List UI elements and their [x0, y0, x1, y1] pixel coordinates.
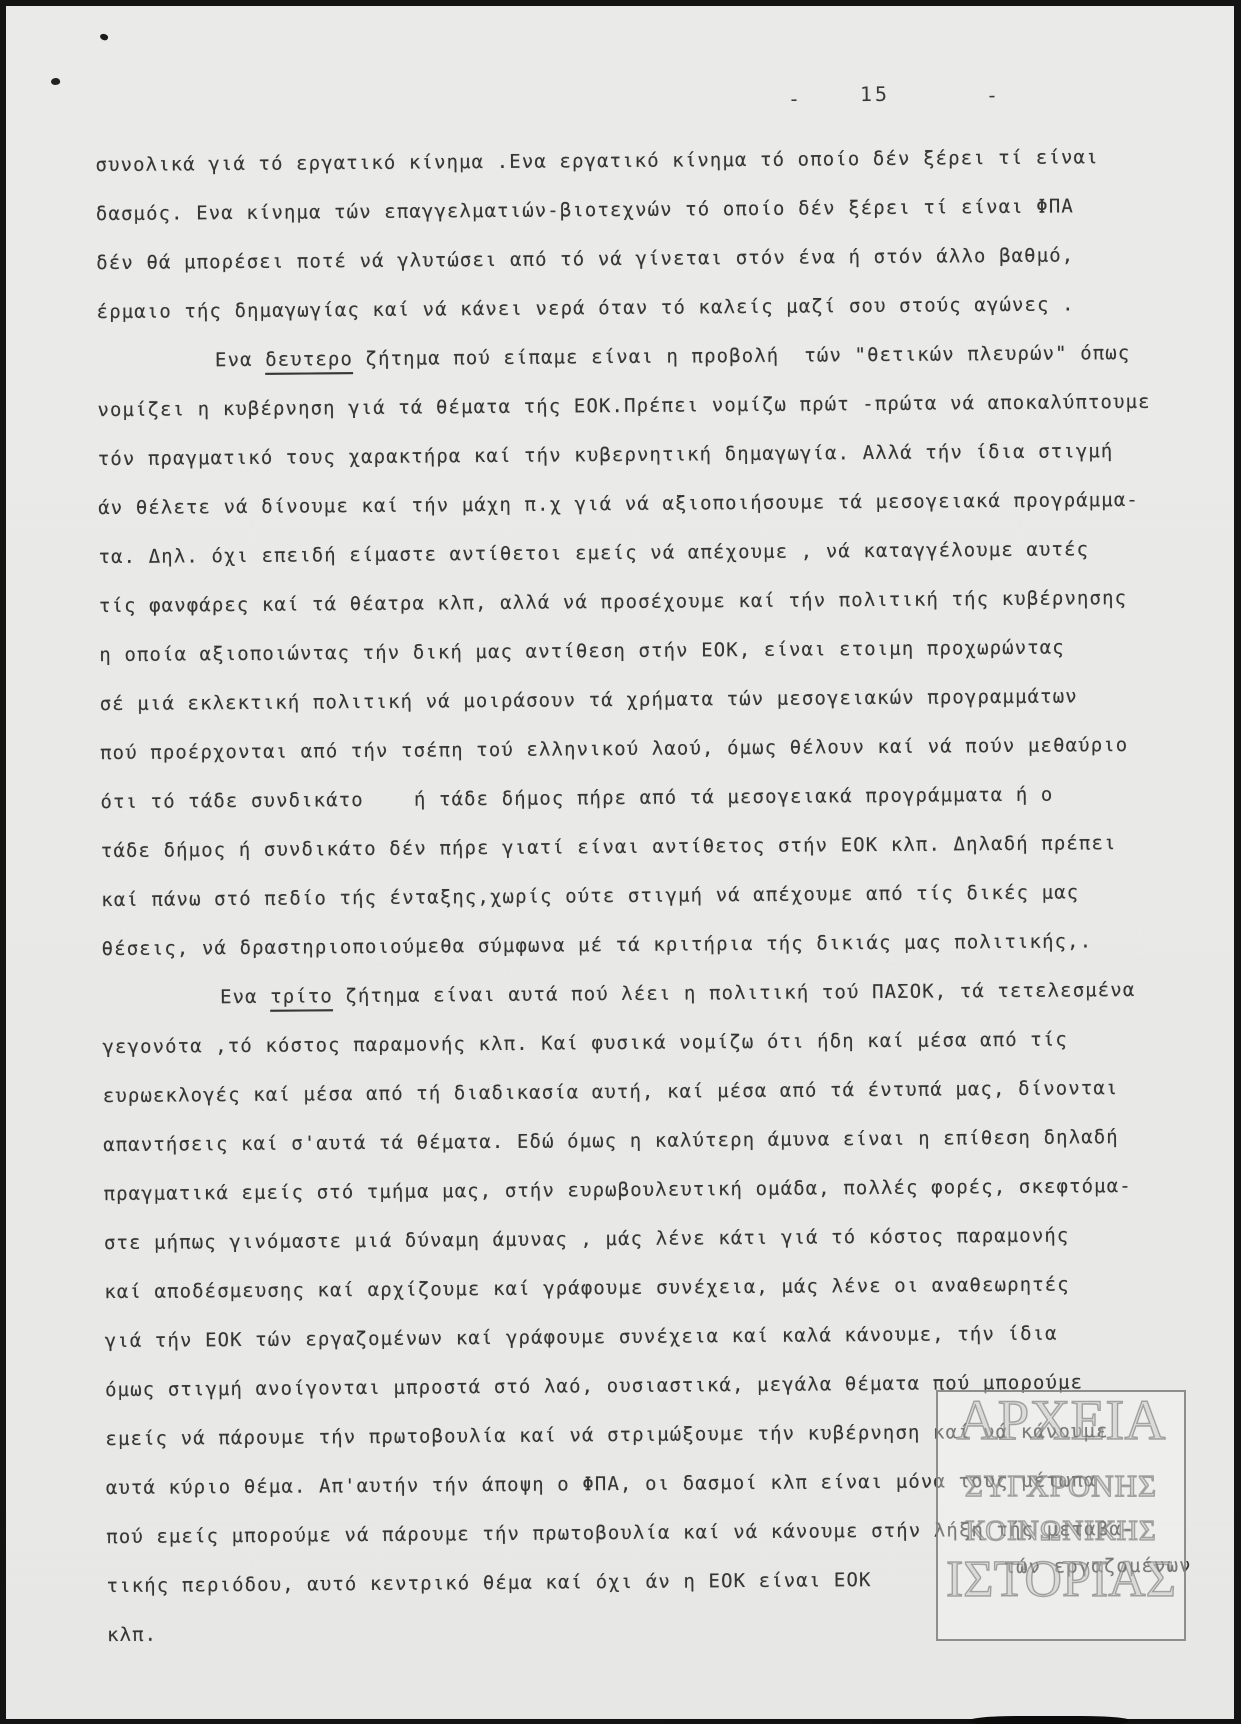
text-line: νομίζει η κυβέρνηση γιά τά θέματα τής ΕΟ…: [97, 391, 1150, 421]
text-segment: Ενα: [220, 986, 270, 1008]
text-line: δέν θά μπορέσει ποτέ νά γλυτώσει από τό …: [96, 244, 1074, 274]
text-line: Ενα τρίτο ζήτημα είναι αυτά πού λέει η π…: [220, 979, 1136, 1008]
text-line: γιά τήν ΕΟΚ τών εργαζομένων καί γράφουμε…: [105, 1323, 1058, 1352]
text-segment: απαντήσεις καί σ'αυτά τά θέματα. Εδώ όμω…: [103, 1126, 1119, 1156]
text-segment: ευρωεκλογές καί μέσα από τή διαδικασία α…: [103, 1077, 1119, 1107]
text-segment: ότι τό τάδε συνδικάτο ή τάδε δήμος πήρε …: [100, 784, 1053, 813]
page-number: 15: [860, 82, 890, 106]
page-number-dash-right: -: [986, 83, 998, 107]
text-segment: Ενα: [215, 349, 265, 371]
text-segment: άν θέλετε νά δίνουμε καί τήν μάχη π.χ γι…: [98, 489, 1139, 519]
watermark-line: ΑΡΧΕΙΑ: [938, 1388, 1184, 1453]
underlined-word: δευτερο: [265, 348, 353, 371]
text-line: Ενα δευτερο ζήτημα πού είπαμε είναι η πρ…: [215, 342, 1131, 371]
text-line: τα. Δηλ. όχι επειδή είμαστε αντίθετοι εμ…: [98, 538, 1089, 568]
text-segment: γιά τήν ΕΟΚ τών εργαζομένων καί γράφουμε…: [105, 1323, 1058, 1352]
text-line: ευρωεκλογές καί μέσα από τή διαδικασία α…: [103, 1077, 1119, 1107]
text-line: θέσεις, νά δραστηριοποιούμεθα σύμφωνα μέ…: [102, 930, 1093, 960]
text-line: καί αποδέσμευσης καί αρχίζουμε καί γράφο…: [104, 1274, 1070, 1304]
text-segment: συνολικά γιά τό εργατικό κίνημα .Ενα εργ…: [95, 146, 1098, 176]
text-segment: η οποία αξιοποιώντας τήν δική μας αντίθε…: [99, 637, 1065, 667]
text-line: απαντήσεις καί σ'αυτά τά θέματα. Εδώ όμω…: [103, 1126, 1119, 1156]
text-segment: τίς φανφάρες καί τά θέατρα κλπ, αλλά νά …: [99, 587, 1127, 617]
watermark-line: ΙΣΤΟΡΙΑΣ: [938, 1550, 1184, 1609]
text-segment: καί πάνω στό πεδίο τής ένταξης,χωρίς ούτ…: [101, 881, 1079, 911]
text-segment: γεγονότα ,τό κόστος παραμονής κλπ. Καί φ…: [102, 1029, 1068, 1059]
text-segment: έρμαιο τής δημαγωγίας καί νά κάνει νερά …: [97, 293, 1075, 323]
text-segment: τόν πραγματικό τους χαρακτήρα καί τήν κυ…: [98, 440, 1114, 470]
text-segment: σέ μιά εκλεκτική πολιτική νά μοιράσουν τ…: [100, 685, 1078, 715]
text-segment: πραγματικά εμείς στό τμήμα μας, στήν ευρ…: [103, 1175, 1131, 1205]
text-line: η οποία αξιοποιώντας τήν δική μας αντίθε…: [99, 637, 1065, 667]
text-line: ότι τό τάδε συνδικάτο ή τάδε δήμος πήρε …: [100, 784, 1053, 813]
text-segment: τα. Δηλ. όχι επειδή είμαστε αντίθετοι εμ…: [98, 538, 1089, 568]
text-line: σέ μιά εκλεκτική πολιτική νά μοιράσουν τ…: [100, 685, 1078, 715]
text-segment: κλπ.: [107, 1624, 157, 1646]
underlined-word: τρίτο: [270, 985, 333, 1007]
text-line: άν θέλετε νά δίνουμε καί τήν μάχη π.χ γι…: [98, 489, 1139, 519]
watermark-line: ΣΥΓΧΡΟΝΗΣ: [938, 1468, 1184, 1504]
text-segment: ζήτημα πού είπαμε είναι η προβολή τών "θ…: [353, 342, 1131, 370]
text-line: πού προέρχονται από τήν τσέπη τού ελληνι…: [100, 734, 1128, 764]
scan-smudge: [969, 1716, 1129, 1724]
text-segment: ζήτημα είναι αυτά πού λέει η πολιτική το…: [333, 979, 1136, 1007]
text-line: τόν πραγματικό τους χαρακτήρα καί τήν κυ…: [98, 440, 1114, 470]
text-line: δασμός. Ενα κίνημα τών επαγγελματιών-βιο…: [96, 195, 1074, 225]
text-line: πραγματικά εμείς στό τμήμα μας, στήν ευρ…: [103, 1175, 1131, 1205]
text-segment: τικής περιόδου, αυτό κεντρικό θέμα καί ό…: [107, 1569, 872, 1597]
text-line: στε μήπως γινόμαστε μιά δύναμη άμυνας , …: [104, 1225, 1070, 1255]
text-line: τάδε δήμος ή συνδικάτο δέν πήρε γιατί εί…: [101, 832, 1117, 862]
text-line: τίς φανφάρες καί τά θέατρα κλπ, αλλά νά …: [99, 587, 1127, 617]
text-segment: καί αποδέσμευσης καί αρχίζουμε καί γράφο…: [104, 1274, 1070, 1304]
text-segment: στε μήπως γινόμαστε μιά δύναμη άμυνας , …: [104, 1225, 1070, 1255]
text-line: γεγονότα ,τό κόστος παραμονής κλπ. Καί φ…: [102, 1029, 1068, 1059]
text-line: καί πάνω στό πεδίο τής ένταξης,χωρίς ούτ…: [101, 881, 1079, 911]
text-segment: τάδε δήμος ή συνδικάτο δέν πήρε γιατί εί…: [101, 832, 1117, 862]
text-lines: συνολικά γιά τό εργατικό κίνημα .Ενα εργ…: [0, 1, 1227, 11]
archive-watermark-stamp: ΑΡΧΕΙΑ ΣΥΓΧΡΟΝΗΣ ΚΟΙΝΩΝΙΚΗΣ ΙΣΤΟΡΙΑΣ: [936, 1390, 1186, 1641]
text-segment: θέσεις, νά δραστηριοποιούμεθα σύμφωνα μέ…: [102, 930, 1093, 960]
text-segment: νομίζει η κυβέρνηση γιά τά θέματα τής ΕΟ…: [97, 391, 1150, 421]
text-line: έρμαιο τής δημαγωγίας καί νά κάνει νερά …: [97, 293, 1075, 323]
text-line: κλπ.: [107, 1624, 157, 1646]
watermark-line: ΚΟΙΝΩΝΙΚΗΣ: [938, 1515, 1184, 1548]
page-header: - 15 -: [0, 1, 1227, 11]
text-segment: δέν θά μπορέσει ποτέ νά γλυτώσει από τό …: [96, 244, 1074, 274]
scanned-page: - 15 - συνολικά γιά τό εργατικό κίνημα .…: [0, 0, 1241, 1724]
text-segment: δασμός. Ενα κίνημα τών επαγγελματιών-βιο…: [96, 195, 1074, 225]
text-line: συνολικά γιά τό εργατικό κίνημα .Ενα εργ…: [95, 146, 1098, 176]
text-segment: πού προέρχονται από τήν τσέπη τού ελληνι…: [100, 734, 1128, 764]
page-number-dash-left: -: [788, 87, 800, 111]
text-line: τικής περιόδου, αυτό κεντρικό θέμα καί ό…: [107, 1569, 872, 1597]
